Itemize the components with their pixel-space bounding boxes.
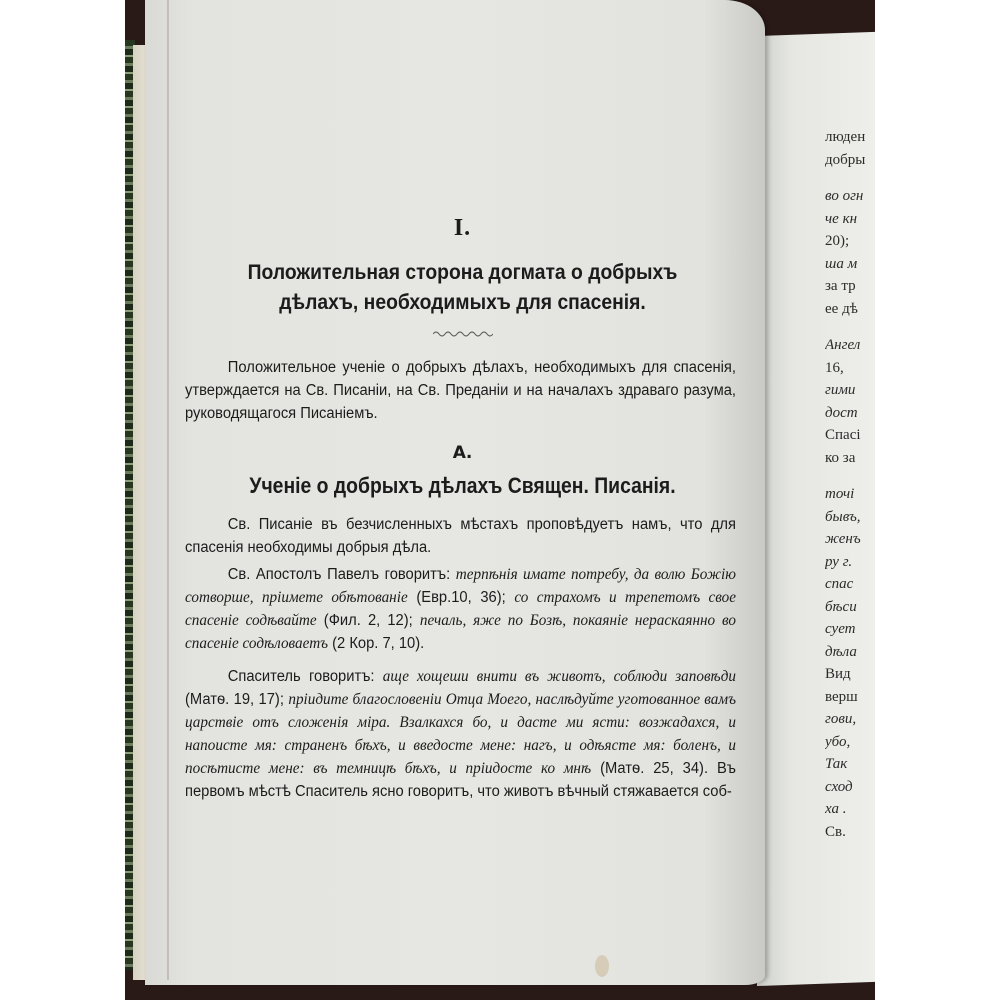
right-page-line: че кн [825, 208, 875, 231]
right-page-line: дѣла [825, 641, 875, 664]
right-page-line: спас [825, 573, 875, 596]
right-page-line: ру г. [825, 551, 875, 574]
subsection-letter: А. [185, 443, 740, 463]
section-number: I. [185, 215, 740, 242]
paper-stain [595, 955, 609, 977]
page-content: I. Положительная сторона догмата о добры… [185, 215, 740, 803]
wavy-ornament-icon [433, 330, 493, 338]
right-page-line: точі [825, 483, 875, 506]
text-run: Св. Апостолъ Павелъ говоритъ: [228, 566, 456, 583]
body-paragraph: Св. Апостолъ Павелъ говоритъ: терпѣнія и… [185, 563, 736, 655]
text-run: Спаситель говоритъ: [228, 668, 383, 685]
right-page-line: ха . [825, 798, 875, 821]
right-page-line: 20); [825, 230, 875, 253]
right-page-line: гови, [825, 708, 875, 731]
right-page-line: ша м [825, 253, 875, 276]
right-page-line: бѣси [825, 596, 875, 619]
gutter-line [167, 0, 169, 980]
right-page-line: бывъ, [825, 506, 875, 529]
scripture-quote: аще хощеши внити въ животъ, соблюди запо… [383, 668, 736, 685]
book-photo: людендобрыво огнче кн20);ша мза трее дѣА… [125, 0, 875, 1000]
left-page: I. Положительная сторона догмата о добры… [145, 0, 765, 985]
right-page-line: Св. [825, 821, 875, 844]
right-page-line: гими [825, 379, 875, 402]
right-page-line: ко за [825, 447, 875, 470]
right-page-line: Ангел [825, 334, 875, 357]
right-page-line [825, 469, 875, 483]
text-run: (Фил. 2, 12); [317, 612, 420, 629]
right-page-line: во огн [825, 185, 875, 208]
right-page-line: верш [825, 686, 875, 709]
right-page-line: женъ [825, 528, 875, 551]
right-page-line: дост [825, 402, 875, 425]
right-page-line: сует [825, 618, 875, 641]
right-page-line: добры [825, 149, 875, 172]
body-paragraph: Спаситель говоритъ: аще хощеши внити въ … [185, 665, 736, 803]
section-title: Положительная сторона догмата о добрыхъ … [207, 258, 718, 318]
right-page-line: сход [825, 776, 875, 799]
text-run: Св. Писаніе въ безчисленныхъ мѣстахъ про… [185, 516, 736, 556]
text-run: (Матѳ. 19, 17); [185, 691, 288, 708]
text-run: (Евр.10, 36); [408, 589, 515, 606]
subsection-title: Ученіе о добрыхъ дѣлахъ Священ. Писанія. [218, 473, 706, 499]
right-page-line [825, 171, 875, 185]
right-page-line: люден [825, 126, 875, 149]
right-page-line: ее дѣ [825, 298, 875, 321]
right-page-line: за тр [825, 275, 875, 298]
right-page-line: Вид [825, 663, 875, 686]
right-page-line: 16, [825, 357, 875, 380]
right-page-line: Так [825, 753, 875, 776]
right-page-text: людендобрыво огнче кн20);ша мза трее дѣА… [825, 126, 875, 843]
text-run: (2 Кор. 7, 10). [328, 635, 424, 652]
right-page-line: убо, [825, 731, 875, 754]
body-paragraph: Св. Писаніе въ безчисленныхъ мѣстахъ про… [185, 513, 736, 559]
right-page-line: Спасі [825, 424, 875, 447]
intro-paragraph: Положительное ученіе о добрыхъ дѣлахъ, н… [185, 356, 736, 425]
right-page-line [825, 320, 875, 334]
